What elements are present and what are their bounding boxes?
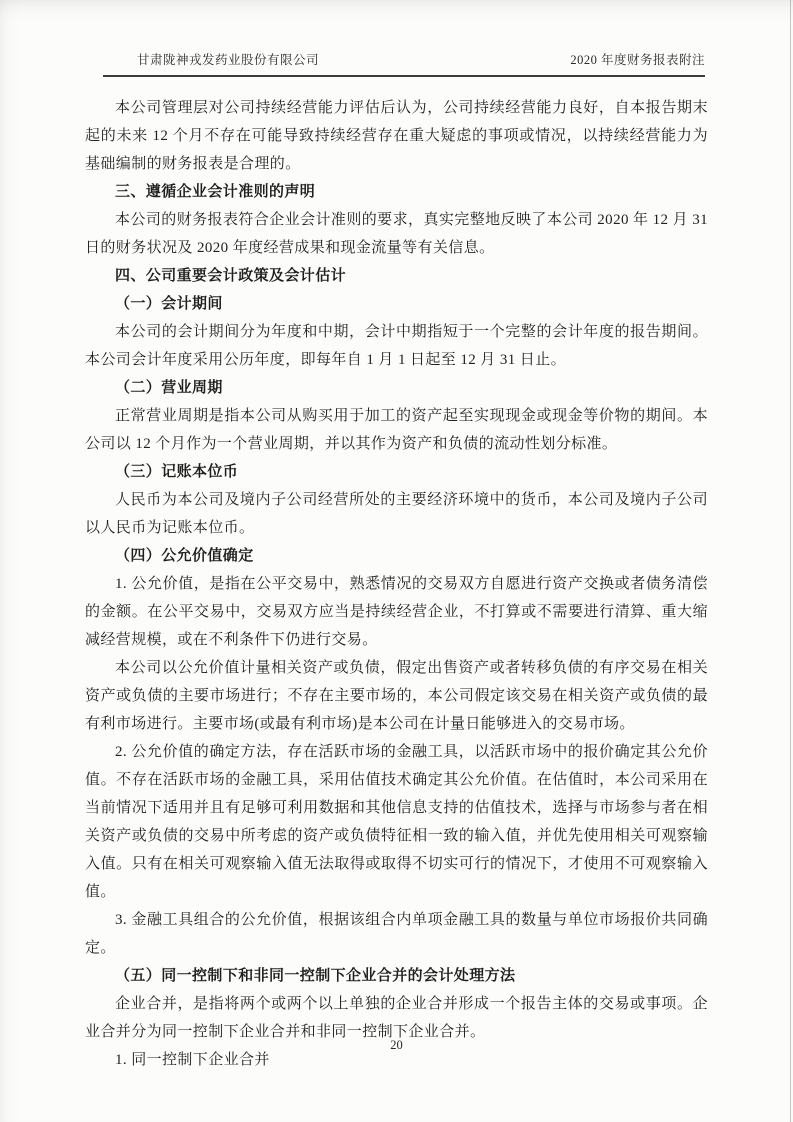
paragraph: 本公司以公允价值计量相关资产或负债，假定出售资产或者转移负债的有序交易在相关资产… — [85, 654, 708, 738]
section-heading: （一）会计期间 — [85, 290, 708, 318]
document-header: 甘肃陇神戎发药业股份有限公司 2020 年度财务报表附注 — [103, 50, 705, 77]
paragraph: 本公司的会计期间分为年度和中期，会计中期指短于一个完整的会计年度的报告期间。本公… — [85, 318, 708, 374]
paragraph: 本公司的财务报表符合企业会计准则的要求，真实完整地反映了本公司 2020 年 1… — [85, 206, 708, 262]
document-page: 甘肃陇神戎发药业股份有限公司 2020 年度财务报表附注 本公司管理层对公司持续… — [0, 0, 793, 1122]
paragraph: 3. 金融工具组合的公允价值，根据该组合内单项金融工具的数量与单位市场报价共同确… — [85, 906, 708, 962]
section-heading: 四、公司重要会计政策及会计估计 — [85, 262, 708, 290]
paragraph: 本公司管理层对公司持续经营能力评估后认为，公司持续经营能力良好，自本报告期末起的… — [85, 94, 708, 178]
section-heading: （二）营业周期 — [85, 374, 708, 402]
section-heading: （三）记账本位币 — [85, 458, 708, 486]
paragraph: 2. 公允价值的确定方法，存在活跃市场的金融工具，以活跃市场中的报价确定其公允价… — [85, 738, 708, 906]
report-title: 2020 年度财务报表附注 — [570, 50, 705, 68]
company-name: 甘肃陇神戎发药业股份有限公司 — [103, 50, 319, 68]
paragraph: 正常营业周期是指本公司从购买用于加工的资产起至实现现金或现金等价物的期间。本公司… — [85, 402, 708, 458]
document-body: 本公司管理层对公司持续经营能力评估后认为，公司持续经营能力良好，自本报告期末起的… — [85, 94, 708, 1074]
section-heading: 三、遵循企业会计准则的声明 — [85, 178, 708, 206]
section-heading: （五）同一控制下和非同一控制下企业合并的会计处理方法 — [85, 962, 708, 990]
paragraph: 1. 公允价值，是指在公平交易中，熟悉情况的交易双方自愿进行资产交换或者债务清偿… — [85, 570, 708, 654]
page-number: 20 — [0, 1038, 793, 1053]
section-heading: （四）公允价值确定 — [85, 542, 708, 570]
paragraph: 人民币为本公司及境内子公司经营所处的主要经济环境中的货币，本公司及境内子公司以人… — [85, 486, 708, 542]
